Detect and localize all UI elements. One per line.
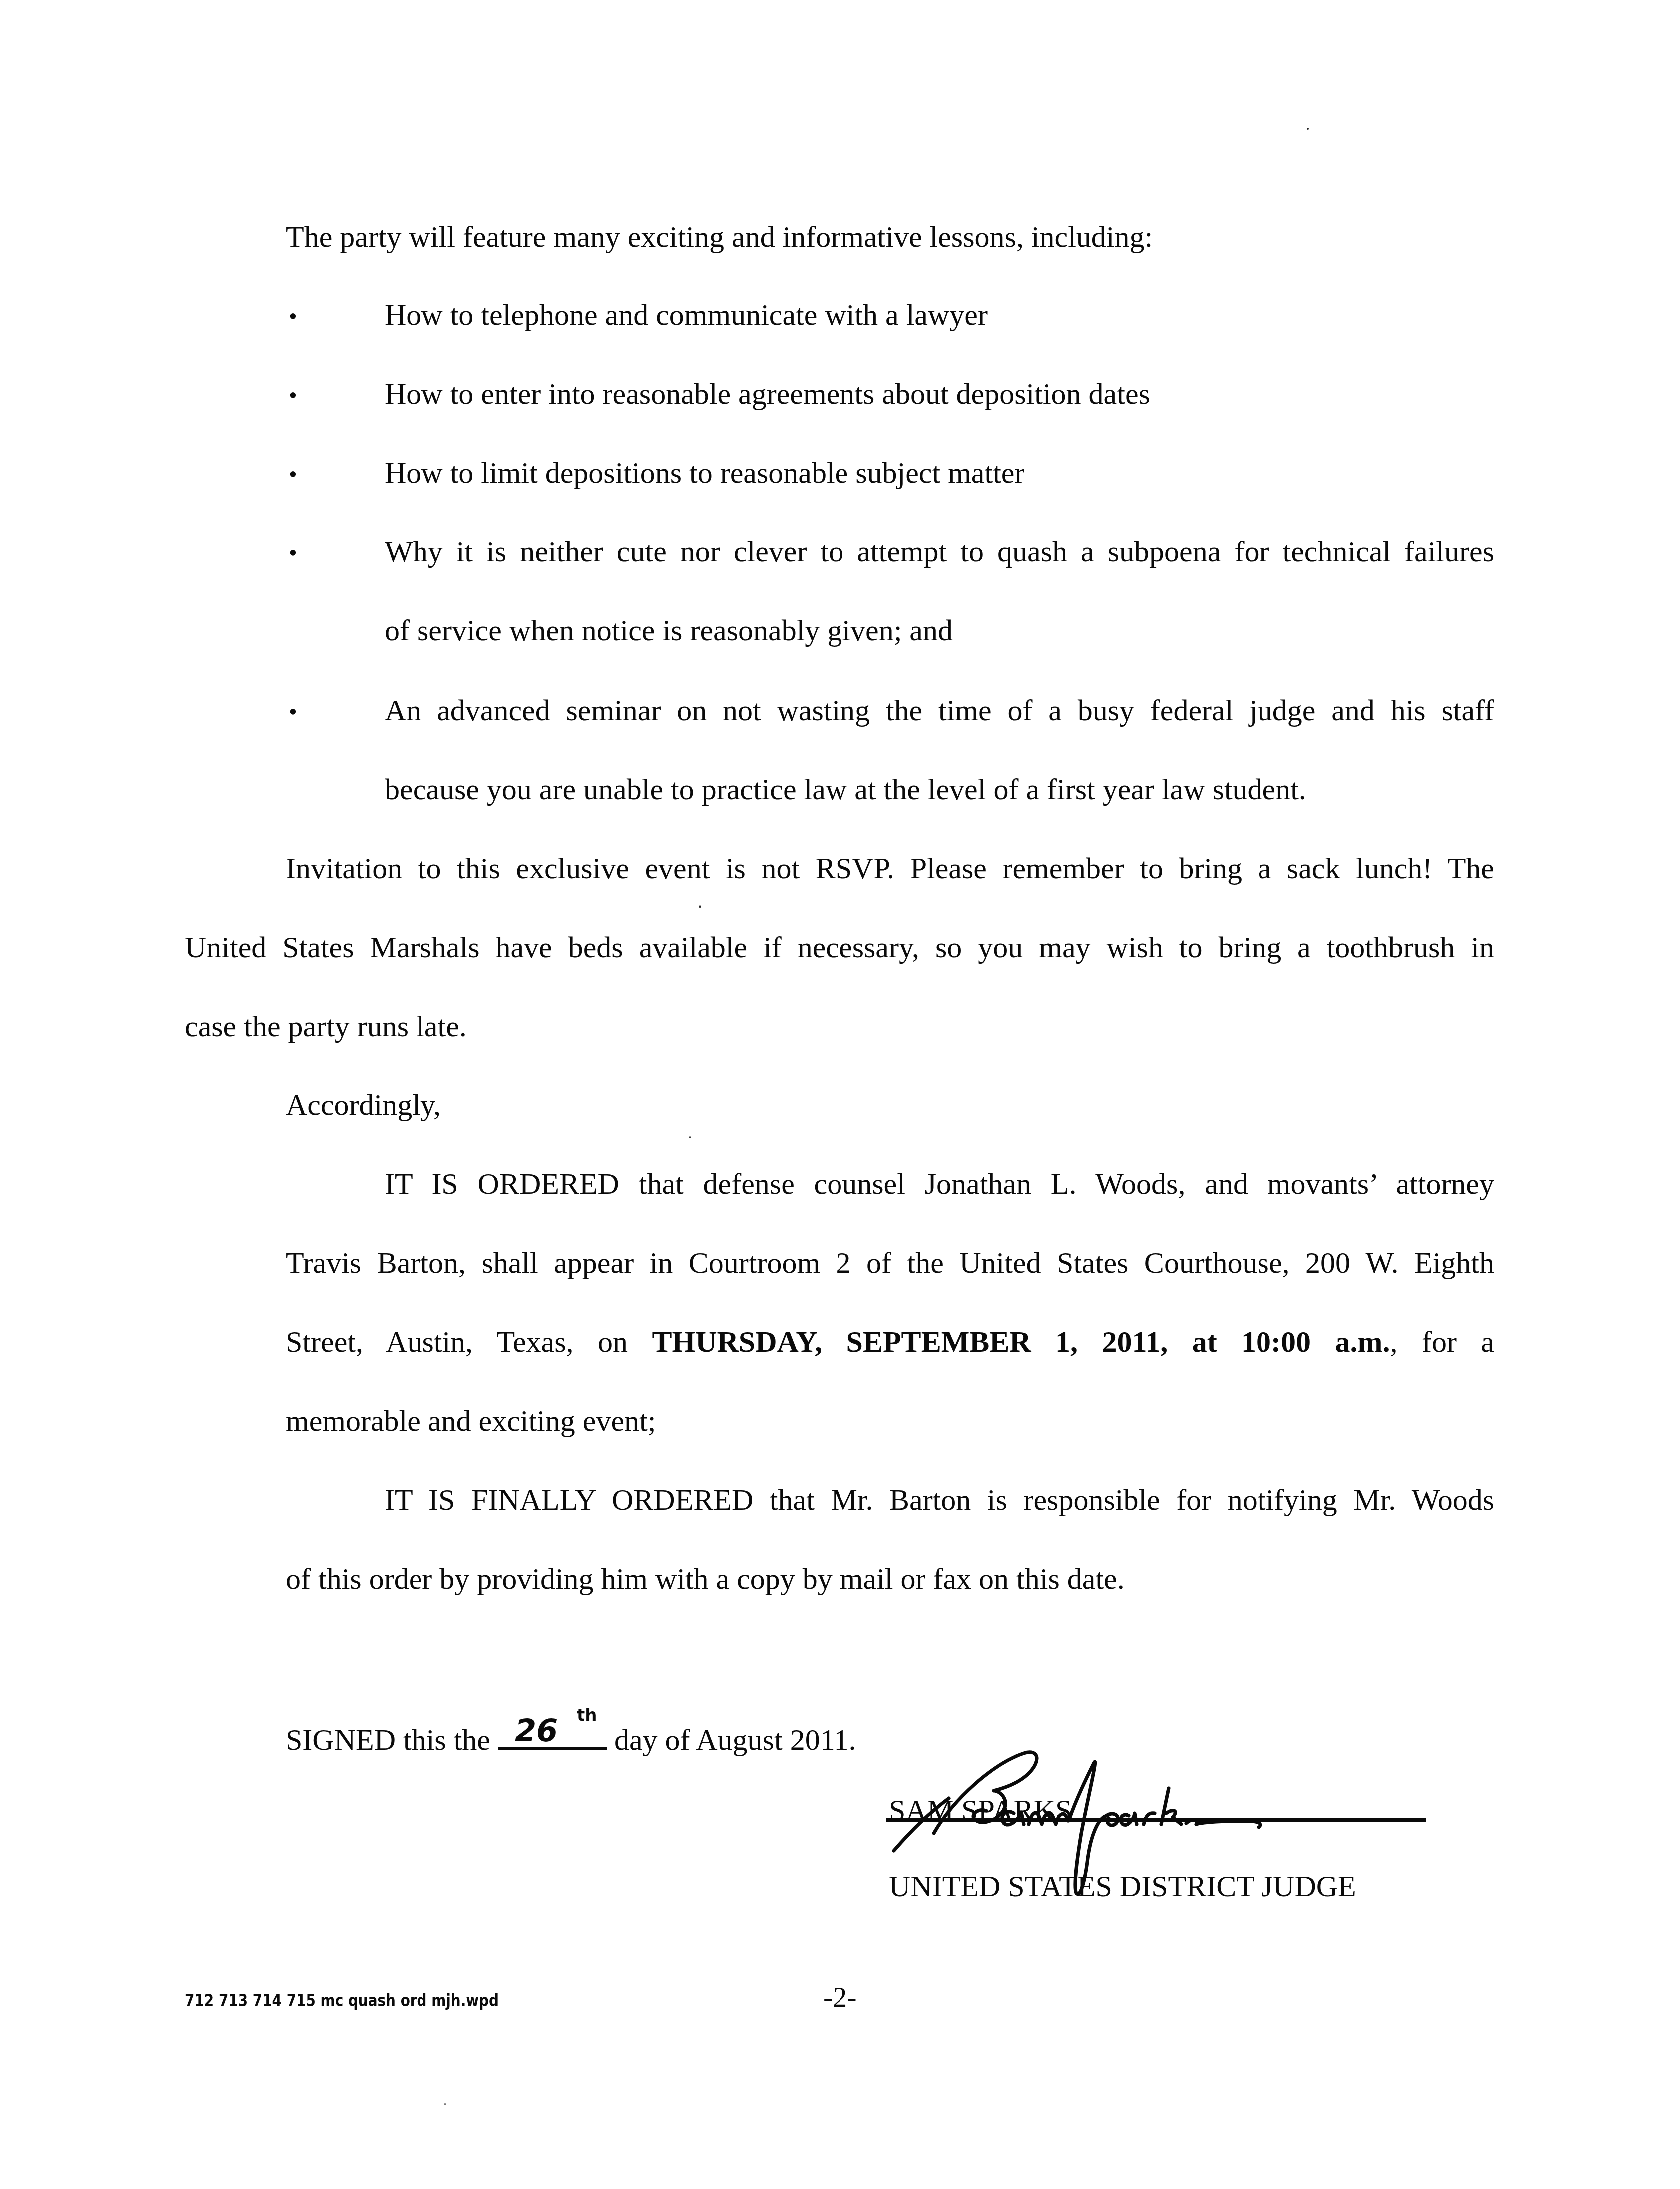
judge-signature xyxy=(879,1733,1503,1943)
order-paragraph-line: memorable and exciting event; xyxy=(286,1403,656,1439)
bullet-item-continuation: of service when notice is reasonably giv… xyxy=(385,612,953,648)
order-location-suffix: , for a xyxy=(1390,1325,1494,1358)
signed-suffix: day of August 2011. xyxy=(614,1723,856,1756)
order-paragraph-line: Street, Austin, Texas, on THURSDAY, SEPT… xyxy=(286,1324,1494,1360)
bullet-item: How to telephone and communicate with a … xyxy=(385,297,988,333)
order-location-text: Street, Austin, Texas, on xyxy=(286,1325,652,1358)
accordingly-text: Accordingly, xyxy=(286,1087,441,1123)
order-paragraph-line: IT IS ORDERED that defense counsel Jonat… xyxy=(385,1166,1494,1202)
signed-date-line: SIGNED this the 26 th day of August 2011… xyxy=(286,1714,856,1758)
scan-speck xyxy=(689,1136,691,1138)
bullet-icon: • xyxy=(289,378,297,414)
final-order-line: of this order by providing him with a co… xyxy=(286,1561,1125,1597)
invitation-paragraph-line: Invitation to this exclusive event is no… xyxy=(286,850,1494,886)
bullet-item: How to limit depositions to reasonable s… xyxy=(385,455,1024,491)
order-paragraph-line: Travis Barton, shall appear in Courtroom… xyxy=(286,1245,1494,1281)
bullet-icon: • xyxy=(289,536,297,571)
bullet-item: How to enter into reasonable agreements … xyxy=(385,376,1150,412)
document-page: The party will feature many exciting and… xyxy=(0,0,1680,2189)
judge-name: SAM SPARKS xyxy=(889,1792,1072,1828)
signed-prefix: SIGNED this the xyxy=(286,1723,490,1756)
hearing-date-time: THURSDAY, SEPTEMBER 1, 2011, at 10:00 a.… xyxy=(652,1325,1390,1358)
footer-page-number: -2- xyxy=(823,1982,857,2012)
invitation-paragraph-line: case the party runs late. xyxy=(185,1008,467,1044)
judge-title: UNITED STATES DISTRICT JUDGE xyxy=(889,1868,1356,1904)
final-order-line: IT IS FINALLY ORDERED that Mr. Barton is… xyxy=(385,1482,1494,1518)
intro-paragraph: The party will feature many exciting and… xyxy=(286,219,1153,255)
footer-file-name: 712 713 714 715 mc quash ord mjh.wpd xyxy=(185,1991,499,2011)
scan-speck xyxy=(1307,128,1309,130)
bullet-item: An advanced seminar on not wasting the t… xyxy=(385,692,1494,728)
signed-day-handwritten: 26 xyxy=(515,1715,558,1746)
signed-day-suffix-mark: th xyxy=(577,1697,597,1733)
bullet-item: Why it is neither cute nor clever to att… xyxy=(385,534,1494,569)
bullet-icon: • xyxy=(289,299,297,335)
invitation-paragraph-line: United States Marshals have beds availab… xyxy=(185,929,1494,965)
signed-day-blank: 26 th xyxy=(498,1714,607,1750)
scan-speck xyxy=(444,2103,446,2105)
bullet-icon: • xyxy=(289,457,297,493)
bullet-item-continuation: because you are unable to practice law a… xyxy=(385,771,1306,807)
scan-speck xyxy=(699,905,701,908)
bullet-icon: • xyxy=(289,694,297,730)
